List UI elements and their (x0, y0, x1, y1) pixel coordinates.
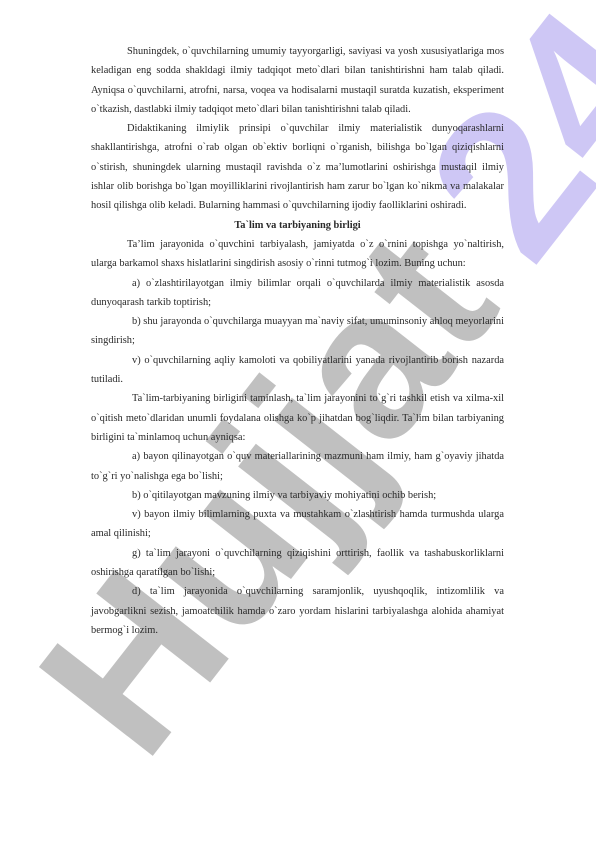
list-item: a) bayon qilinayotgan o`quv materiallari… (91, 447, 504, 486)
list-item: g) ta`lim jarayoni o`quvchilarning qiziq… (91, 544, 504, 583)
list-item: v) bayon ilmiy bilimlarning puxta va mus… (91, 505, 504, 544)
paragraph-after-heading: Ta’lim jarayonida o`quvchini tarbiyalash… (91, 235, 504, 274)
section-heading: Ta`lim va tarbiyaning birligi (91, 216, 504, 235)
list-item: b) shu jarayonda o`quvchilarga muayyan m… (91, 312, 504, 351)
document-page: Hujjat 24 Shuningdek, o`quvchilarning um… (0, 0, 596, 842)
list-item: b) o`qitilayotgan mavzuning ilmiy va tar… (91, 486, 504, 505)
paragraph-intro-1: Shuningdek, o`quvchilarning umumiy tayyo… (91, 42, 504, 119)
list-item: d) ta`lim jarayonida o`quvchilarning sar… (91, 582, 504, 640)
paragraph-intro-2: Didaktikaning ilmiylik prinsipi o`quvchi… (91, 119, 504, 215)
document-body: Shuningdek, o`quvchilarning umumiy tayyo… (91, 42, 504, 640)
list-item: v) o`quvchilarning aqliy kamoloti va qob… (91, 351, 504, 390)
list-item: a) o`zlashtirilayotgan ilmiy bilimlar or… (91, 274, 504, 313)
paragraph-middle: Ta`lim-tarbiyaning birligini taminlash, … (91, 389, 504, 447)
